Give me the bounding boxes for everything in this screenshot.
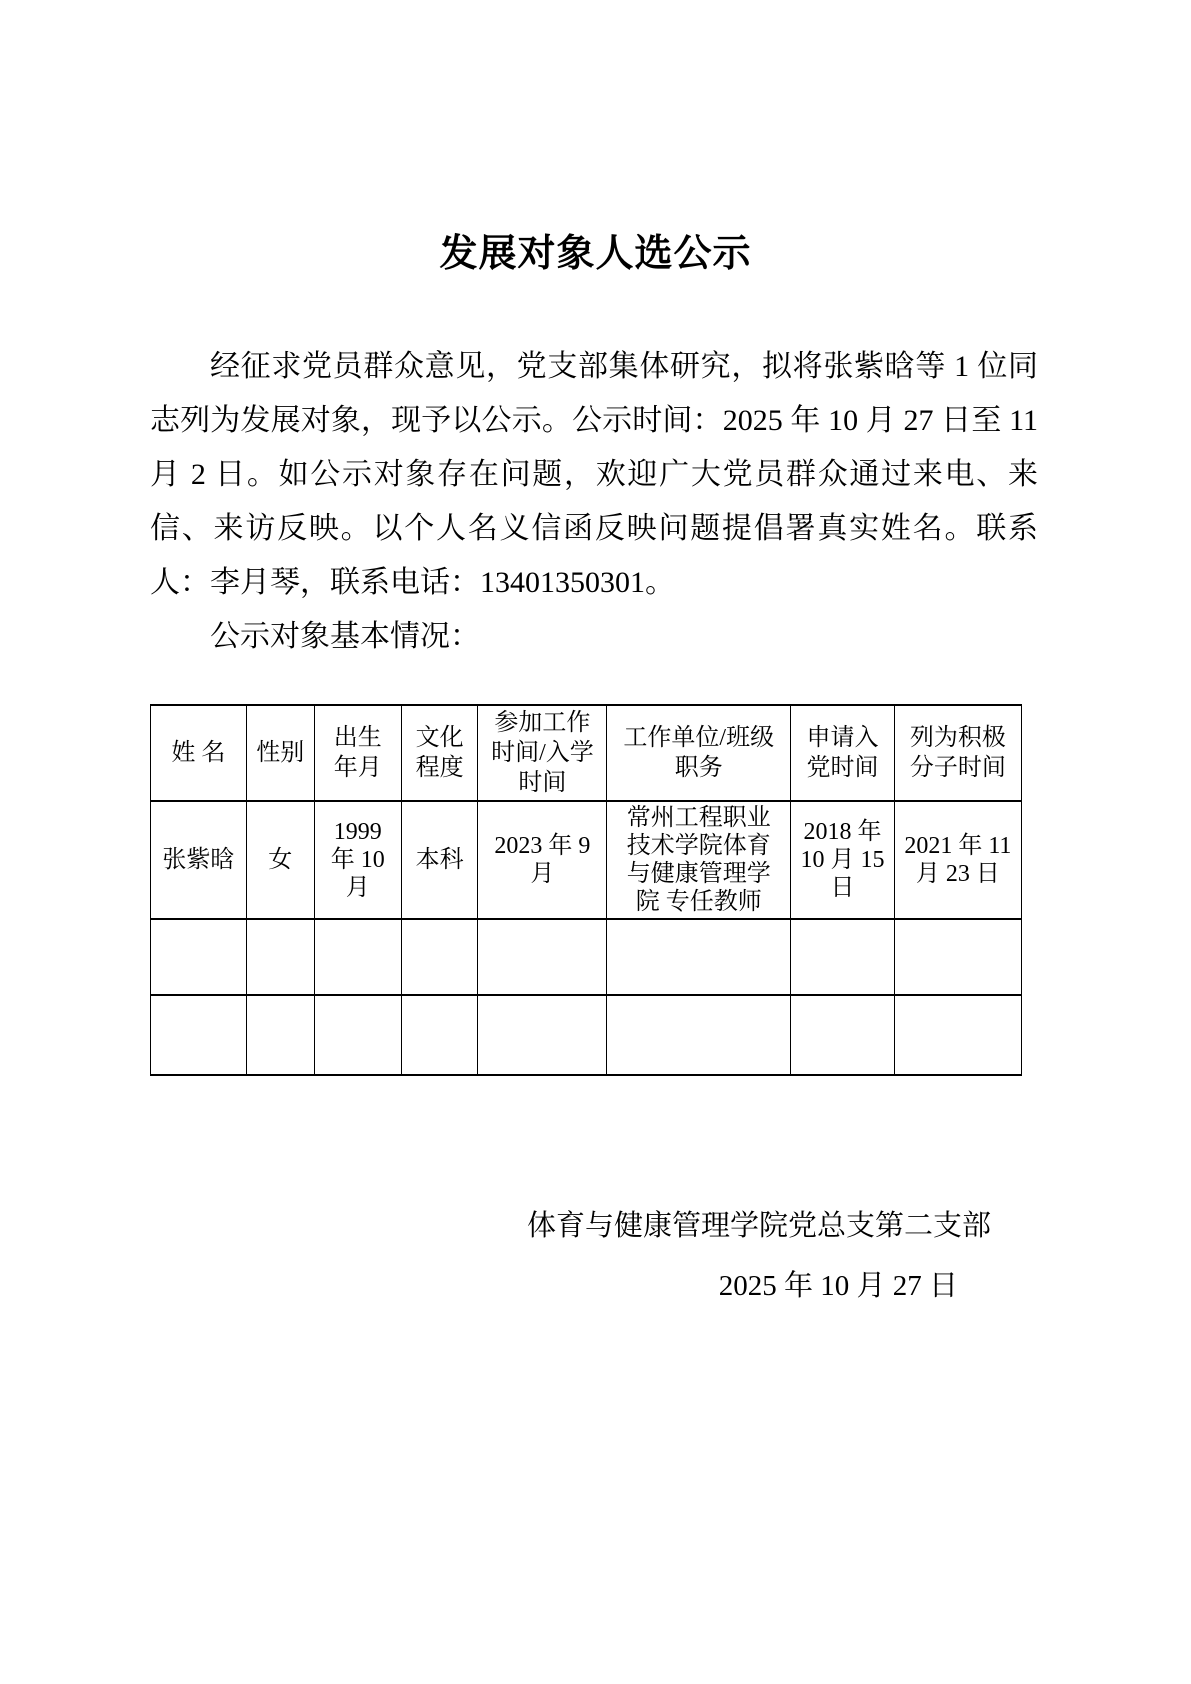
table-row xyxy=(151,995,1022,1075)
header-cell: 性别 xyxy=(246,705,314,801)
table-intro: 公示对象基本情况： xyxy=(150,610,1038,664)
table-cell xyxy=(401,919,478,995)
table-cell xyxy=(314,995,401,1075)
table-cell xyxy=(314,919,401,995)
table-cell: 2023 年 9 月 xyxy=(478,801,607,919)
header-cell: 申请入 党时间 xyxy=(791,705,895,801)
table-cell xyxy=(478,995,607,1075)
table-cell xyxy=(607,995,791,1075)
document-body: 经征求党员群众意见，党支部集体研究，拟将张紫晗等 1 位同志列为发展对象，现予以… xyxy=(150,340,1038,1306)
table-cell xyxy=(894,995,1021,1075)
header-cell: 文化 程度 xyxy=(401,705,478,801)
table-cell: 2021 年 11 月 23 日 xyxy=(894,801,1021,919)
table-cell: 本科 xyxy=(401,801,478,919)
header-cell: 参加工作 时间/入学 时间 xyxy=(478,705,607,801)
header-cell: 列为积极 分子时间 xyxy=(894,705,1021,801)
table-cell xyxy=(151,995,247,1075)
table-cell: 1999 年 10 月 xyxy=(314,801,401,919)
table-cell: 2018 年 10 月 15 日 xyxy=(791,801,895,919)
table-cell xyxy=(607,919,791,995)
basic-info-table: 姓 名性别出生 年月文化 程度参加工作 时间/入学 时间工作单位/班级 职务申请… xyxy=(150,704,1022,1076)
signature: 体育与健康管理学院党总支第二支部 xyxy=(150,1206,1036,1246)
table-cell xyxy=(894,919,1021,995)
table-cell xyxy=(246,919,314,995)
footer: 体育与健康管理学院党总支第二支部 2025 年 10 月 27 日 xyxy=(150,1206,1036,1306)
table-cell xyxy=(791,919,895,995)
document-page: 发展对象人选公示 经征求党员群众意见，党支部集体研究，拟将张紫晗等 1 位同志列… xyxy=(0,0,1191,1684)
table-cell xyxy=(791,995,895,1075)
table-cell xyxy=(478,919,607,995)
header-row: 姓 名性别出生 年月文化 程度参加工作 时间/入学 时间工作单位/班级 职务申请… xyxy=(151,705,1022,801)
table-cell: 常州工程职业 技术学院体育 与健康管理学 院 专任教师 xyxy=(607,801,791,919)
table-cell: 张紫晗 xyxy=(151,801,247,919)
table-row: 张紫晗女1999 年 10 月本科2023 年 9 月常州工程职业 技术学院体育… xyxy=(151,801,1022,919)
table-body: 张紫晗女1999 年 10 月本科2023 年 9 月常州工程职业 技术学院体育… xyxy=(151,801,1022,1075)
notice-paragraph: 经征求党员群众意见，党支部集体研究，拟将张紫晗等 1 位同志列为发展对象，现予以… xyxy=(150,340,1038,610)
table-cell xyxy=(401,995,478,1075)
table-cell xyxy=(246,995,314,1075)
header-cell: 工作单位/班级 职务 xyxy=(607,705,791,801)
header-cell: 姓 名 xyxy=(151,705,247,801)
table-cell: 女 xyxy=(246,801,314,919)
header-cell: 出生 年月 xyxy=(314,705,401,801)
table-cell xyxy=(151,919,247,995)
signature-date: 2025 年 10 月 27 日 xyxy=(150,1266,1036,1306)
page-title: 发展对象人选公示 xyxy=(0,231,1191,277)
table-row xyxy=(151,919,1022,995)
